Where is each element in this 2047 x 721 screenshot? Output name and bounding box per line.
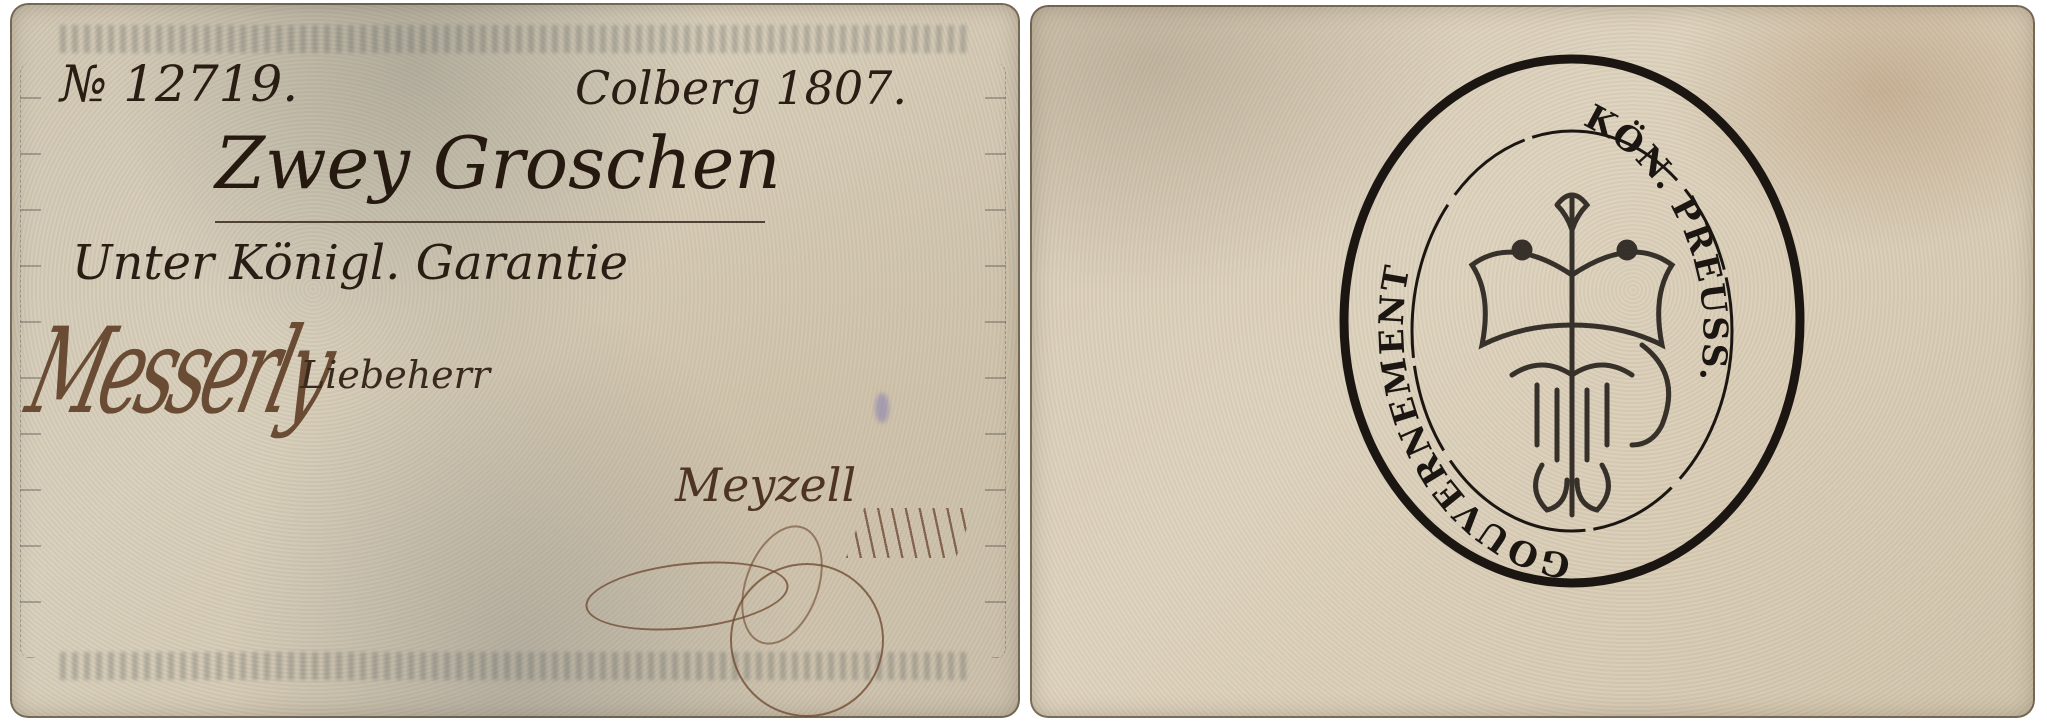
banknote-back: KÖN. PREUSS. GOUVERNEMENT [1030,5,2035,718]
signer-name: Liebeherr [300,353,490,397]
ink-stain [875,393,889,423]
eagle-icon [1472,195,1672,515]
official-seal-stamp: KÖN. PREUSS. GOUVERNEMENT [1332,45,1812,597]
seal-legend-bottom: GOUVERNEMENT [1372,261,1574,586]
signature-hatching [846,508,974,558]
underline-rule [215,221,765,223]
banknote-front: № 12719. Colberg 1807. Zwey Groschen Unt… [10,3,1020,718]
guarantee-line: Unter Königl. Garantie [72,235,628,291]
denomination: Zwey Groschen [215,121,781,205]
place-and-date: Colberg 1807. [575,61,907,115]
signature-left: Messerly [16,303,342,441]
serial-number: № 12719. [60,55,298,113]
signature-right: Meyzell [675,458,856,512]
scalloped-border-right [985,63,1006,658]
printed-border-top [60,25,970,53]
